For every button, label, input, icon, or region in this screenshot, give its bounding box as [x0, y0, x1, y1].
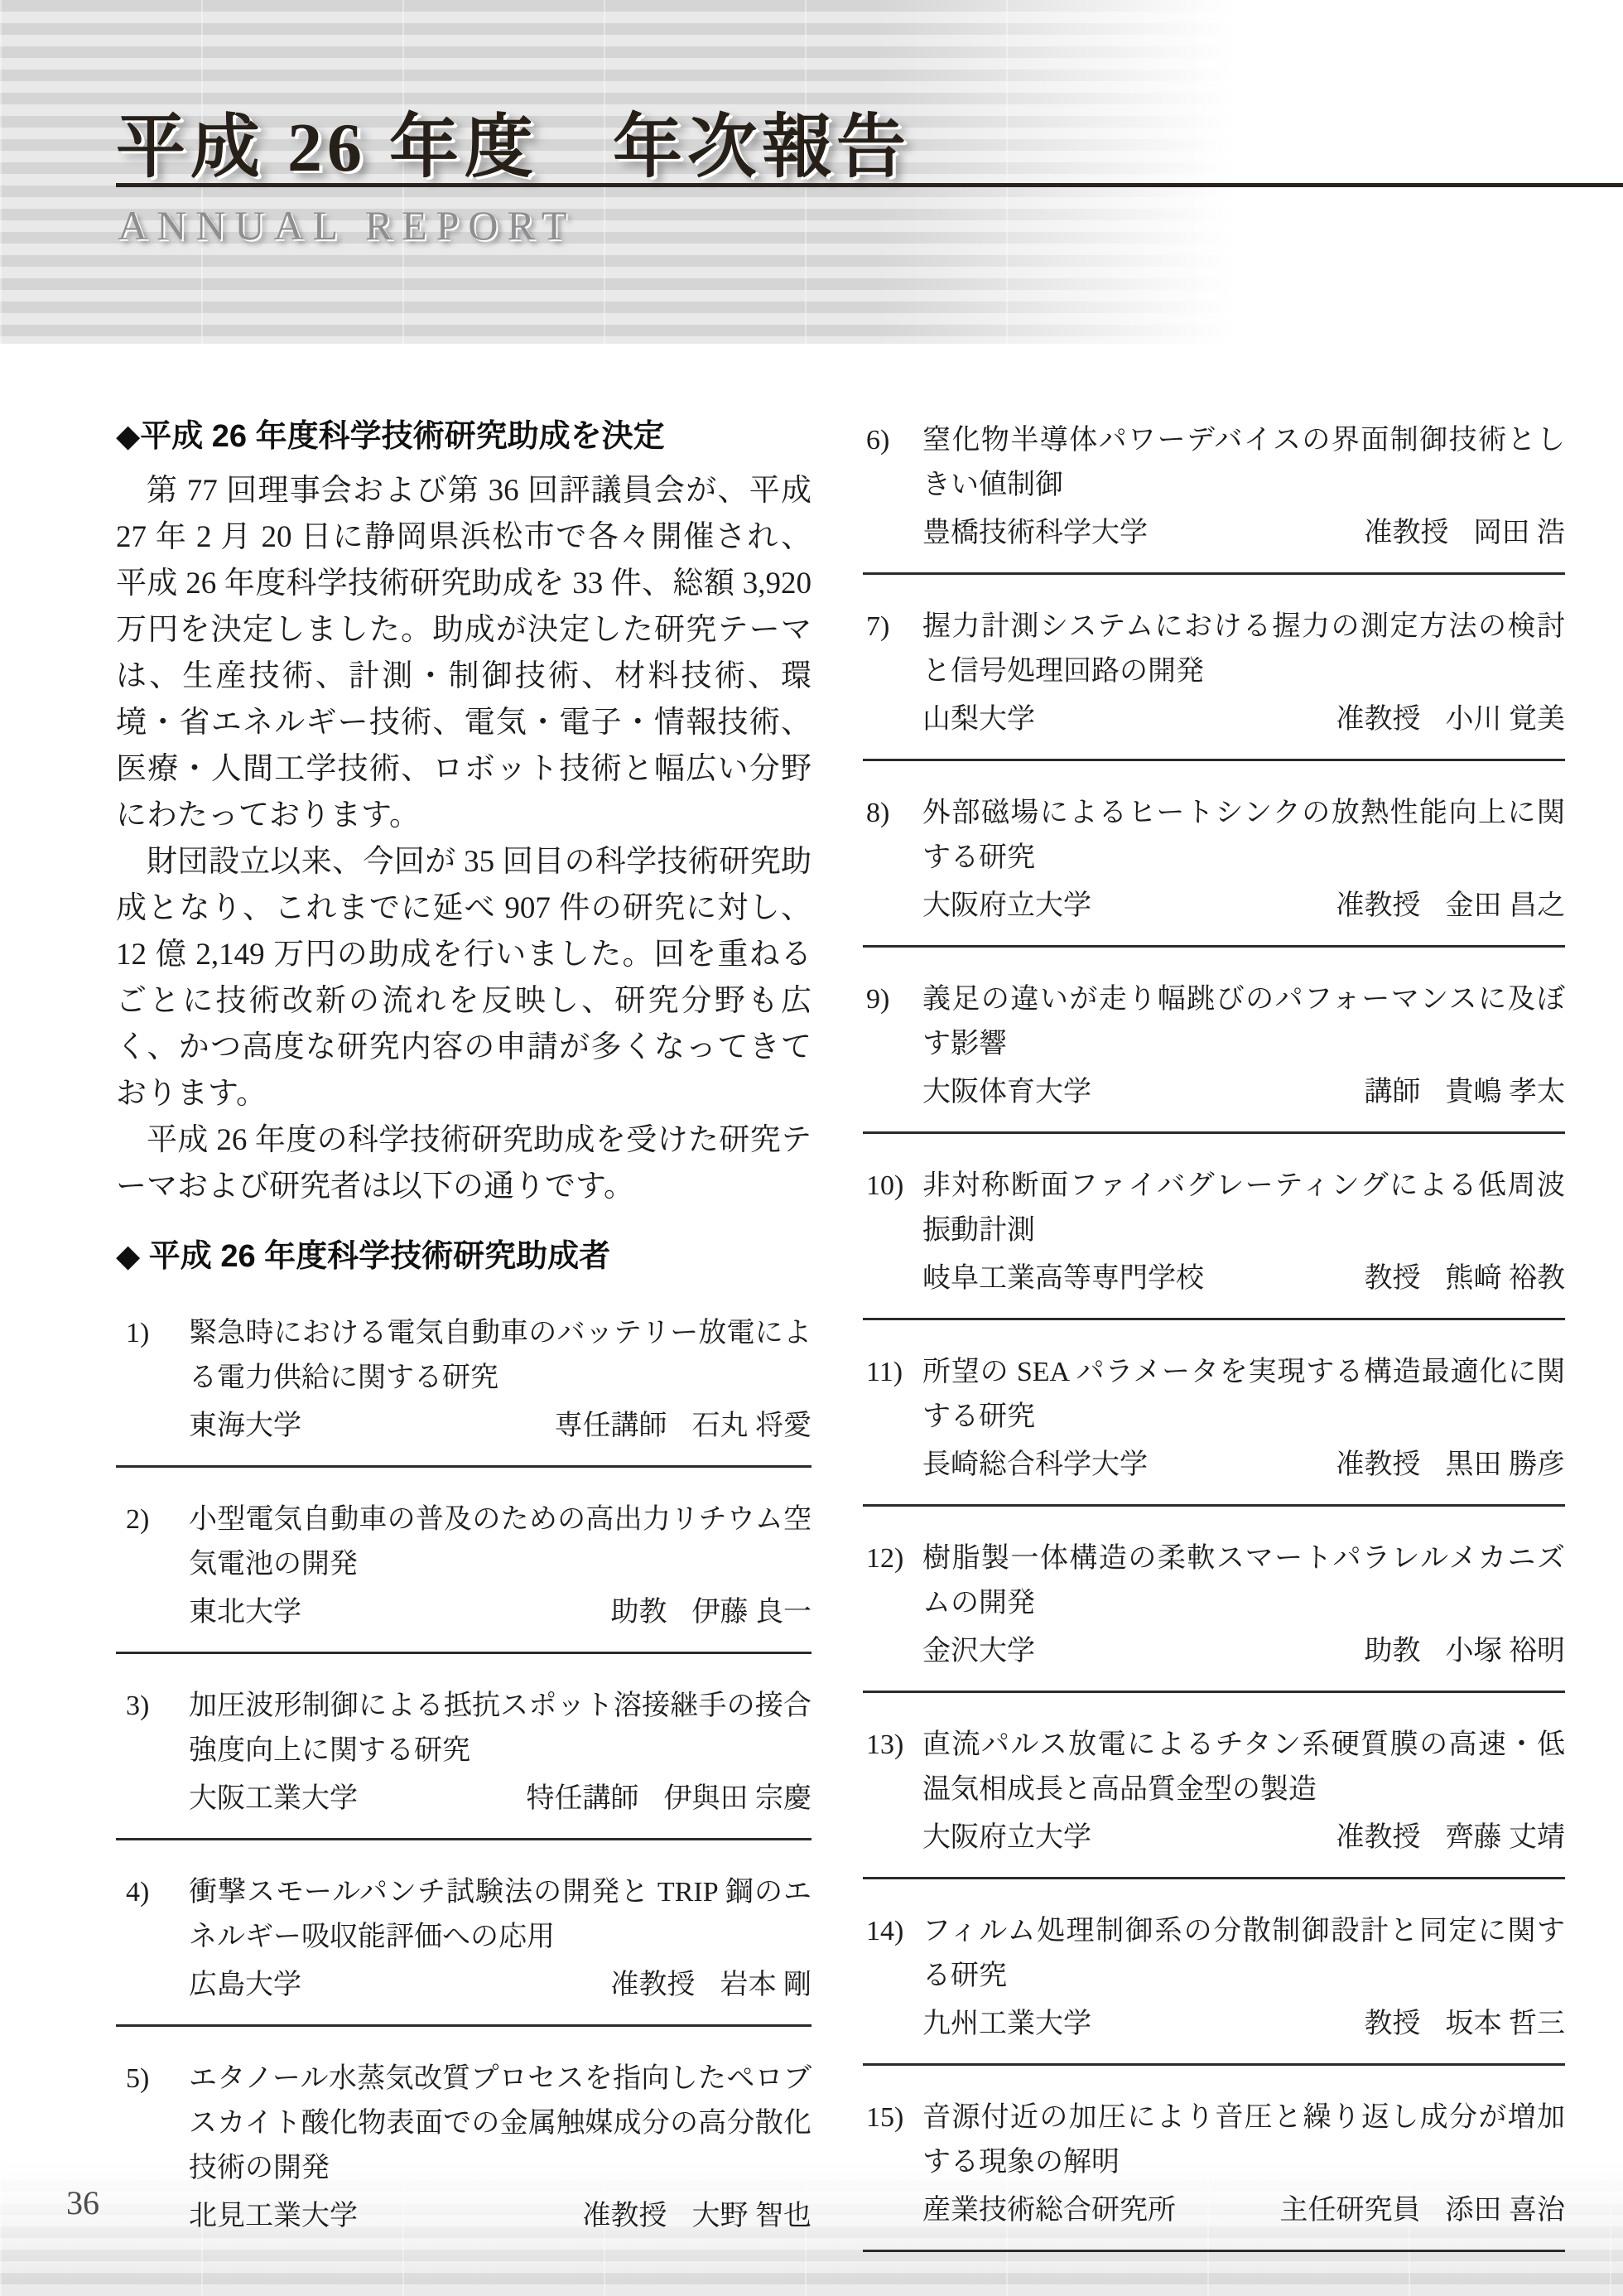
item-title: 加圧波形制御による抵抗スポット溶接継手の接合強度向上に関する研究 [189, 1684, 811, 1773]
item-researcher: 熊﨑 裕教 [1446, 1257, 1566, 1301]
decision-paragraph: 平成 26 年度の科学技術研究助成を受けた研究テーマおよび研究者は以下の通りです… [116, 1117, 811, 1210]
grant-item: 14) フィルム処理制御系の分散制御設計と同定に関する研究 九州工業大学 教授坂… [863, 1909, 1565, 2066]
item-institution: 岐阜工業高等専門学校 [922, 1257, 1204, 1301]
decision-paragraph: 財団設立以来、今回が 35 回目の科学技術研究助成となり、これまでに延べ 907… [116, 839, 811, 1117]
left-column: ◆平成 26 年度科学技術研究助成を決定 第 77 回理事会および第 36 回評… [116, 418, 811, 2255]
item-number: 6) [863, 418, 922, 556]
item-position: 准教授 [611, 1963, 696, 2008]
grant-item: 13) 直流パルス放電によるチタン系硬質膜の高速・低温気相成長と高品質金型の製造… [863, 1723, 1565, 1879]
grant-item: 5) エタノール水蒸気改質プロセスを指向したペロブスカイト酸化物表面での金属触媒… [116, 2057, 811, 2255]
item-researcher: 黒田 勝彦 [1446, 1443, 1566, 1488]
item-institution: 九州工業大学 [922, 2002, 1091, 2047]
grant-item: 12) 樹脂製一体構造の柔軟スマートパラレルメカニズムの開発 金沢大学 助教小塚… [863, 1536, 1565, 1693]
item-institution: 大阪府立大学 [922, 884, 1091, 929]
page-number: 36 [66, 2183, 99, 2222]
item-title: 義足の違いが走り幅跳びのパフォーマンスに及ぼす影響 [922, 977, 1565, 1067]
item-researcher: 齊藤 丈靖 [1446, 1816, 1566, 1860]
grantees-heading: ◆ 平成 26 年度科学技術研究助成者 [116, 1238, 811, 1275]
item-number: 4) [116, 1870, 189, 2008]
item-number: 5) [116, 2057, 189, 2239]
item-title: 非対称断面ファイバグレーティングによる低周波振動計測 [922, 1164, 1565, 1253]
decision-heading: ◆平成 26 年度科学技術研究助成を決定 [116, 418, 811, 455]
grant-item: 2) 小型電気自動車の普及のための高出力リチウム空気電池の開発 東北大学 助教伊… [116, 1498, 811, 1654]
item-position: 助教 [611, 1590, 667, 1635]
item-title: 衝撃スモールパンチ試験法の開発と TRIP 鋼のエネルギー吸収能評価への応用 [189, 1870, 811, 1960]
item-researcher: 石丸 将愛 [692, 1404, 812, 1449]
item-number: 13) [863, 1723, 922, 1860]
item-researcher: 伊藤 良一 [692, 1590, 812, 1635]
page-subtitle: ANNUAL REPORT [118, 201, 576, 249]
item-title: エタノール水蒸気改質プロセスを指向したペロブスカイト酸化物表面での金属触媒成分の… [189, 2057, 811, 2191]
item-position: 准教授 [583, 2194, 667, 2239]
grant-item: 10) 非対称断面ファイバグレーティングによる低周波振動計測 岐阜工業高等専門学… [863, 1164, 1565, 1320]
grant-item: 11) 所望の SEA パラメータを実現する構造最適化に関する研究 長崎総合科学… [863, 1350, 1565, 1507]
item-position: 特任講師 [527, 1777, 639, 1821]
item-researcher: 貴嶋 孝太 [1446, 1070, 1566, 1115]
item-institution: 大阪府立大学 [922, 1816, 1091, 1860]
annual-report-page: { "page": { "number": "36" }, "header": … [0, 0, 1623, 2296]
item-institution: 東北大学 [189, 1590, 301, 1635]
decision-paragraph: 第 77 回理事会および第 36 回評議員会が、平成 27 年 2 月 20 日… [116, 468, 811, 839]
title-rule [116, 183, 1623, 187]
item-number: 8) [863, 791, 922, 929]
item-researcher: 岩本 剛 [720, 1963, 812, 2008]
item-title: 小型電気自動車の普及のための高出力リチウム空気電池の開発 [189, 1498, 811, 1587]
grant-item: 7) 握力計測システムにおける握力の測定方法の検討と信号処理回路の開発 山梨大学… [863, 605, 1565, 761]
item-institution: 山梨大学 [922, 697, 1035, 742]
item-number: 9) [863, 977, 922, 1115]
item-title: 樹脂製一体構造の柔軟スマートパラレルメカニズムの開発 [922, 1536, 1565, 1626]
item-number: 15) [863, 2096, 922, 2233]
item-researcher: 小塚 裕明 [1446, 1629, 1566, 1674]
item-number: 3) [116, 1684, 189, 1821]
item-title: 緊急時における電気自動車のバッテリー放電による電力供給に関する研究 [189, 1311, 811, 1401]
decision-paragraphs: 第 77 回理事会および第 36 回評議員会が、平成 27 年 2 月 20 日… [116, 468, 811, 1210]
item-researcher: 坂本 哲三 [1446, 2002, 1566, 2047]
item-position: 准教授 [1336, 697, 1421, 742]
grant-item: 3) 加圧波形制御による抵抗スポット溶接継手の接合強度向上に関する研究 大阪工業… [116, 1684, 811, 1840]
item-position: 専任講師 [555, 1404, 667, 1449]
item-position: 准教授 [1336, 884, 1421, 929]
item-title: 音源付近の加圧により音圧と繰り返し成分が増加する現象の解明 [922, 2096, 1565, 2185]
page-title: 平成 26 年度 年次報告 [116, 91, 911, 191]
item-title: 所望の SEA パラメータを実現する構造最適化に関する研究 [922, 1350, 1565, 1440]
item-position: 教授 [1365, 2002, 1421, 2047]
item-position: 主任研究員 [1280, 2188, 1421, 2233]
grant-item: 6) 窒化物半導体パワーデバイスの界面制御技術としきい値制御 豊橋技術科学大学 … [863, 418, 1565, 575]
item-institution: 産業技術総合研究所 [922, 2188, 1176, 2233]
item-institution: 大阪体育大学 [922, 1070, 1091, 1115]
item-institution: 北見工業大学 [189, 2194, 358, 2239]
item-institution: 豊橋技術科学大学 [922, 511, 1148, 556]
item-researcher: 金田 昌之 [1446, 884, 1566, 929]
item-position: 教授 [1365, 1257, 1421, 1301]
item-number: 10) [863, 1164, 922, 1301]
right-column: 6) 窒化物半導体パワーデバイスの界面制御技術としきい値制御 豊橋技術科学大学 … [863, 418, 1565, 2282]
item-researcher: 岡田 浩 [1474, 511, 1566, 556]
item-number: 2) [116, 1498, 189, 1635]
grant-item: 15) 音源付近の加圧により音圧と繰り返し成分が増加する現象の解明 産業技術総合… [863, 2096, 1565, 2252]
item-position: 准教授 [1336, 1443, 1421, 1488]
item-number: 11) [863, 1350, 922, 1488]
item-number: 12) [863, 1536, 922, 1674]
item-researcher: 小川 覚美 [1446, 697, 1566, 742]
item-title: 窒化物半導体パワーデバイスの界面制御技術としきい値制御 [922, 418, 1565, 508]
item-researcher: 伊與田 宗慶 [664, 1777, 812, 1821]
item-title: 握力計測システムにおける握力の測定方法の検討と信号処理回路の開発 [922, 605, 1565, 694]
item-number: 14) [863, 1909, 922, 2047]
item-position: 准教授 [1336, 1816, 1421, 1860]
grant-item: 9) 義足の違いが走り幅跳びのパフォーマンスに及ぼす影響 大阪体育大学 講師貴嶋… [863, 977, 1565, 1134]
grant-item: 1) 緊急時における電気自動車のバッテリー放電による電力供給に関する研究 東海大… [116, 1311, 811, 1468]
item-institution: 広島大学 [189, 1963, 301, 2008]
item-institution: 東海大学 [189, 1404, 301, 1449]
grant-item: 4) 衝撃スモールパンチ試験法の開発と TRIP 鋼のエネルギー吸収能評価への応… [116, 1870, 811, 2027]
item-researcher: 添田 喜治 [1446, 2188, 1566, 2233]
item-title: 直流パルス放電によるチタン系硬質膜の高速・低温気相成長と高品質金型の製造 [922, 1723, 1565, 1812]
item-title: フィルム処理制御系の分散制御設計と同定に関する研究 [922, 1909, 1565, 1999]
item-position: 助教 [1365, 1629, 1421, 1674]
item-title: 外部磁場によるヒートシンクの放熱性能向上に関する研究 [922, 791, 1565, 880]
grant-item: 8) 外部磁場によるヒートシンクの放熱性能向上に関する研究 大阪府立大学 准教授… [863, 791, 1565, 948]
item-researcher: 大野 智也 [692, 2194, 812, 2239]
item-position: 講師 [1365, 1070, 1421, 1115]
item-institution: 金沢大学 [922, 1629, 1035, 1674]
item-institution: 大阪工業大学 [189, 1777, 358, 1821]
item-number: 7) [863, 605, 922, 742]
item-position: 准教授 [1365, 511, 1449, 556]
item-number: 1) [116, 1311, 189, 1449]
item-institution: 長崎総合科学大学 [922, 1443, 1148, 1488]
